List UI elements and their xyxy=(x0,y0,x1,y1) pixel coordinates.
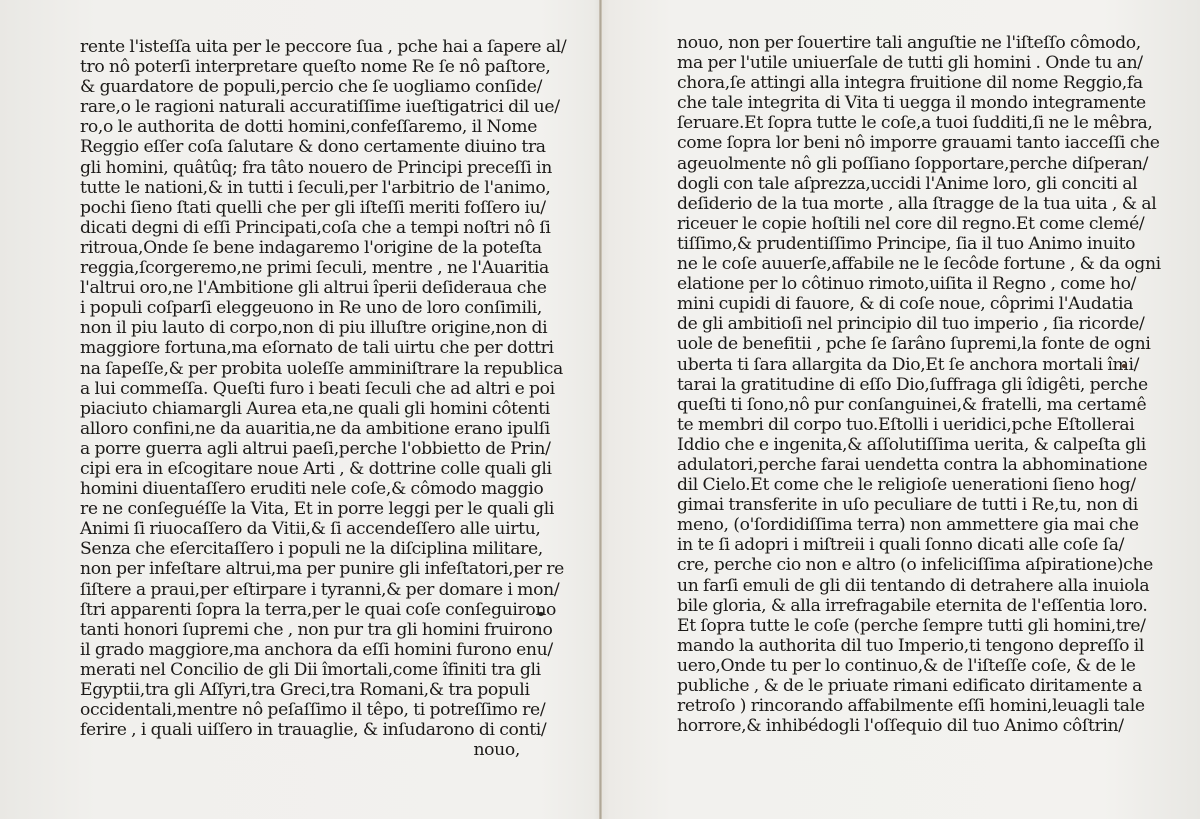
text-line: gli homini, quâtûq; fra tâto nouero de P… xyxy=(80,158,520,178)
text-line: non il piu lauto di corpo,non di piu ill… xyxy=(80,318,520,338)
text-line: ſeruare.Et ſopra tutte le coſe,a tuoi ſu… xyxy=(677,113,1117,133)
text-line: rente l'isteſſa uita per le peccore ſua … xyxy=(80,37,520,57)
text-line: ma per l'utile uniuerſale de tutti gli h… xyxy=(677,53,1117,73)
text-line: Egyptii,tra gli Aſſyri,tra Greci,tra Rom… xyxy=(80,680,520,700)
right-page-text: nouo, non per ſouertire tali anguſtie ne… xyxy=(677,33,1117,736)
text-line: publiche , & de le priuate rimani edific… xyxy=(677,676,1117,696)
text-line: uole de benefitii , pche ſe ſarâno ſupre… xyxy=(677,334,1117,354)
text-line: ritroua,Onde ſe bene indagaremo l'origin… xyxy=(80,238,520,258)
text-line: retroſo ) rincorando affabilmente eſſi h… xyxy=(677,696,1117,716)
text-line: Et ſopra tutte le coſe (perche ſempre tu… xyxy=(677,616,1117,636)
text-line: Animi ſi riuocaſſero da Vitii,& ſi accen… xyxy=(80,519,520,539)
text-line: come ſopra lor beni nô imporre grauami t… xyxy=(677,133,1117,153)
text-line: nouo, xyxy=(80,740,520,760)
text-line: queſti ti ſono,nô pur conſanguinei,& fra… xyxy=(677,395,1117,415)
text-line: riceuer le copie hoſtili nel core dil re… xyxy=(677,214,1117,234)
text-line: elatione per lo côtinuo rimoto,uiſita il… xyxy=(677,274,1117,294)
text-line: adulatori,perche farai uendetta contra l… xyxy=(677,455,1117,475)
text-line: na ſapeſſe,& per probita uoleſſe amminiſ… xyxy=(80,359,520,379)
text-line: Reggio eſſer coſa ſalutare & dono certam… xyxy=(80,137,520,157)
text-line: cipi era in eſcogitare noue Arti , & dot… xyxy=(80,459,520,479)
text-line: alloro confini,ne da auaritia,ne da ambi… xyxy=(80,419,520,439)
text-line: tiſſimo,& prudentiſſimo Principe, ſia il… xyxy=(677,234,1117,254)
text-line: tarai la gratitudine di eſſo Dio,ſuffrag… xyxy=(677,375,1117,395)
text-line: ageuolmente nô gli poſſiano ſopportare,p… xyxy=(677,154,1117,174)
text-line: a lui commeſſa. Queſti furo i beati ſecu… xyxy=(80,379,520,399)
text-line: tutte le nationi,& in tutti i ſeculi,per… xyxy=(80,178,520,198)
text-line: Iddio che e ingenita,& aſſolutiſſima uer… xyxy=(677,435,1117,455)
text-line: horrore,& inhibédogli l'oſſequio dil tuo… xyxy=(677,716,1117,736)
text-line: homini diuentaſſero eruditi nele coſe,& … xyxy=(80,479,520,499)
text-line: mando la authorita dil tuo Imperio,ti te… xyxy=(677,636,1117,656)
text-line: tro nô poterſi interpretare queſto nome … xyxy=(80,57,520,77)
text-line: dicati degni di eſſi Principati,coſa che… xyxy=(80,218,520,238)
ink-spot-mark xyxy=(1122,364,1126,368)
text-line: i populi coſparſi eleggeuono in Re uno d… xyxy=(80,298,520,318)
left-page: rente l'isteſſa uita per le peccore ſua … xyxy=(0,0,599,819)
text-line: ne le coſe auuerſe,affabile ne le ſecôde… xyxy=(677,254,1117,274)
text-line: pochi ſieno ſtati quelli che per gli iſt… xyxy=(80,198,520,218)
text-line: piaciuto chiamargli Aurea eta,ne quali g… xyxy=(80,399,520,419)
text-line: nouo, non per ſouertire tali anguſtie ne… xyxy=(677,33,1117,53)
text-line: & guardatore de populi,percio che ſe uog… xyxy=(80,77,520,97)
text-line: ferire , i quali uiſſero in trauaglie, &… xyxy=(80,720,520,740)
text-line: de gli ambitioſi nel principio dil tuo i… xyxy=(677,314,1117,334)
text-line: ſiſtere a praui,per eſtirpare i tyranni,… xyxy=(80,580,520,600)
text-line: tanti honori ſupremi che , non pur tra g… xyxy=(80,620,520,640)
text-line: merati nel Concilio de gli Dii îmortali,… xyxy=(80,660,520,680)
text-line: te membri dil corpo tuo.Eſtolli i ueridi… xyxy=(677,415,1117,435)
text-line: ſtri apparenti ſopra la terra,per le qua… xyxy=(80,600,520,620)
text-line: uero,Onde tu per lo continuo,& de l'iſte… xyxy=(677,656,1117,676)
text-line: mini cupidi di fauore, & di coſe noue, c… xyxy=(677,294,1117,314)
text-line: dogli con tale aſprezza,uccidi l'Anime l… xyxy=(677,174,1117,194)
text-line: a porre guerra agli altrui paeſi,perche … xyxy=(80,439,520,459)
text-line: reggia,ſcorgeremo,ne primi ſeculi, mentr… xyxy=(80,258,520,278)
text-line: Senza che eſercitaſſero i populi ne la d… xyxy=(80,539,520,559)
text-line: un farſi emuli de gli dii tentando di de… xyxy=(677,576,1117,596)
text-line: il grado maggiore,ma anchora da eſſi hom… xyxy=(80,640,520,660)
text-line: cre, perche cio non e altro (o infeliciſ… xyxy=(677,555,1117,575)
text-line: l'altrui oro,ne l'Ambitione gli altrui î… xyxy=(80,278,520,298)
text-line: che tale integrita di Vita ti uegga il m… xyxy=(677,93,1117,113)
text-line: ro,o le authorita de dotti homini,confeſ… xyxy=(80,117,520,137)
text-line: meno, (o'ſordidiſſima terra) non ammette… xyxy=(677,515,1117,535)
text-line: dil Cielo.Et come che le religioſe uener… xyxy=(677,475,1117,495)
text-line: uberta ti ſara allargita da Dio,Et ſe an… xyxy=(677,355,1117,375)
text-line: re ne conſeguéſſe la Vita, Et in porre l… xyxy=(80,499,520,519)
text-line: in te ſi adopri i miſtreii i quali ſonno… xyxy=(677,535,1117,555)
text-line: bile gloria, & alla irrefragabile eterni… xyxy=(677,596,1117,616)
book-spread: rente l'isteſſa uita per le peccore ſua … xyxy=(0,0,1200,819)
left-page-text: rente l'isteſſa uita per le peccore ſua … xyxy=(80,37,520,760)
text-line: gimai transferite in uſo peculiare de tu… xyxy=(677,495,1117,515)
text-line: chora,ſe attingi alla integra fruitione … xyxy=(677,73,1117,93)
text-line: deſiderio de la tua morte , alla ſtragge… xyxy=(677,194,1117,214)
text-line: occidentali,mentre nô peſaſſimo il têpo,… xyxy=(80,700,520,720)
ink-spot-mark xyxy=(538,612,544,616)
text-line: maggiore fortuna,ma eſornato de tali uir… xyxy=(80,338,520,358)
text-line: non per infeſtare altrui,ma per punire g… xyxy=(80,559,520,579)
right-page: nouo, non per ſouertire tali anguſtie ne… xyxy=(602,0,1200,819)
text-line: rare,o le ragioni naturali accuratiſſime… xyxy=(80,97,520,117)
